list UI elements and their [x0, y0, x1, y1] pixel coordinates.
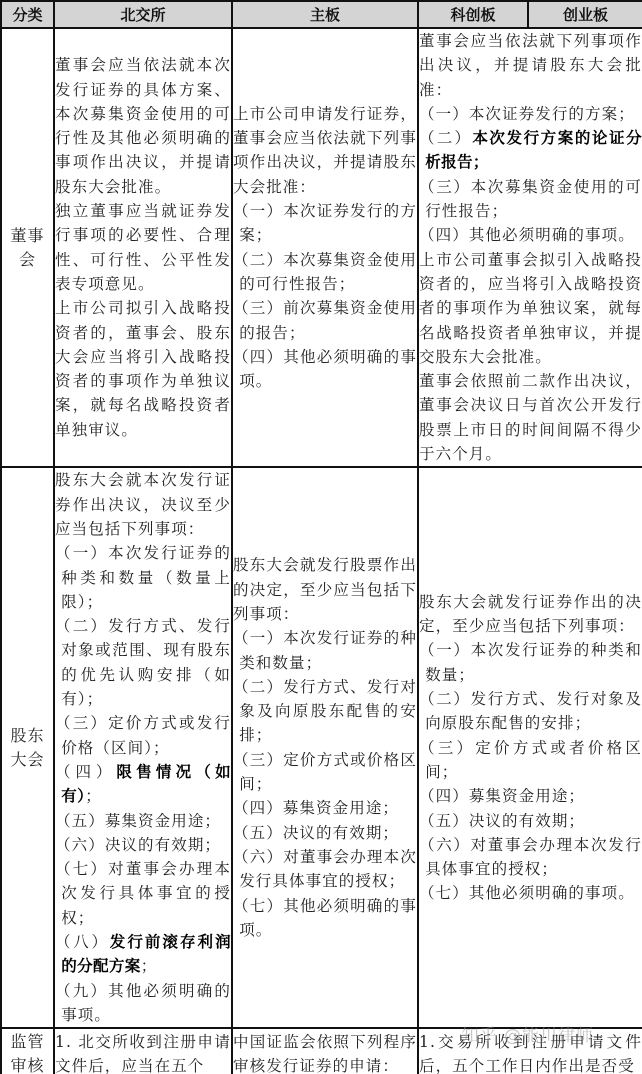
- list-item: （六）对董事会办理本次发行具体事宜的授权；: [419, 833, 642, 882]
- table-row-board: 董事会 董事会应当依法就本次发行证券的具体方案、本次募集资金使用的可行性及其他必…: [1, 28, 642, 467]
- text: 上市公司董事会拟引入战略投资者的，应当将引入战略投资者的事项作为单独议案，就每名…: [419, 251, 642, 366]
- header-zhuban: 主板: [232, 1, 418, 28]
- cell-zhuban: 股东大会就发行股票作出的决定，至少应当包括下列事项： （一）本次发行证券的种类和…: [232, 467, 418, 1028]
- paragraph: 独立董事应当就证券发行事项的必要性、合理性、可行性、公平性发表专项意见。: [55, 199, 231, 296]
- header-chuangyeban: 创业板: [528, 1, 642, 28]
- text: ；: [141, 957, 158, 975]
- list-item: （一）本次证券发行的方案；: [419, 102, 642, 126]
- text: 股东大会就本次发行证券作出决议，决议至少应当包括下列事项：: [55, 471, 231, 538]
- item-number: （六）: [55, 836, 105, 854]
- text: 董事会应当依法就下列事项作出决议，并提请股东大会批准：: [419, 32, 642, 99]
- item-number: （四）: [419, 787, 469, 805]
- item-number: （一）: [55, 544, 108, 562]
- item-number: （八）: [55, 933, 110, 951]
- list-item: （九）其他必须明确的事项。: [55, 979, 231, 1028]
- item-number: （二）: [419, 690, 471, 708]
- table-row-regulatory-review: 监管审核 1. 北交所收到注册申请文件后，应当在五个 中国证监会依照下列程序审核…: [1, 1028, 642, 1074]
- list-item: （四）募集资金用途；: [419, 784, 642, 808]
- category-cell: 监管审核: [1, 1028, 54, 1074]
- list-item: （一）本次发行证券的种类和数量（数量上限）；: [55, 541, 231, 614]
- header-beijiaosuo: 北交所: [54, 1, 232, 28]
- category-cell: 董事会: [1, 28, 54, 467]
- text: 募集资金用途；: [469, 787, 585, 805]
- paragraph: 上市公司拟引入战略投资者的，董事会、股东大会应当将引入战略投资者的事项作为单独议…: [55, 296, 231, 442]
- list-item: （三）定价方式或价格区间；: [233, 748, 417, 797]
- paragraph: 中国证监会依照下列程序审核发行证券的申请：: [233, 1029, 417, 1074]
- item-number: （四）: [55, 763, 116, 781]
- item-number: （七）: [419, 884, 469, 902]
- text: 募集资金用途；: [283, 799, 399, 817]
- item-number: （七）: [233, 897, 283, 915]
- item-number: （二）: [55, 617, 108, 635]
- list-item: （四）募集资金用途；: [233, 796, 417, 820]
- item-number: （四）: [419, 226, 469, 244]
- category-label: 监管审核: [2, 1029, 53, 1074]
- text: 募集资金用途；: [105, 812, 221, 830]
- item-number: （三）: [419, 739, 475, 757]
- comparison-table: 分类 北交所 主板 科创板 创业板 董事会 董事会应当依法就本次发行证券的具体方…: [0, 0, 642, 1074]
- paragraph: 董事会依照前二款作出决议，董事会决议日与首次公开发行股票上市日的时间间隔不得少于…: [419, 369, 642, 466]
- item-number: （六）: [419, 836, 471, 854]
- text: 其他必须明确的事项。: [469, 884, 635, 902]
- item-number: （三）: [55, 714, 108, 732]
- item-number: （九）: [55, 982, 108, 1000]
- item-number: （二）: [233, 251, 283, 269]
- item-number: （五）: [55, 812, 105, 830]
- text: 决议的有效期；: [105, 836, 221, 854]
- list-item: （二）本次发行方案的论证分析报告；: [419, 126, 642, 175]
- paragraph: 股东大会就发行股票作出的决定，至少应当包括下列事项：: [233, 553, 417, 626]
- paragraph: 董事会应当依法就本次发行证券的具体方案、本次募集资金使用的可行性及其他必须明确的…: [55, 53, 231, 199]
- list-item: （六）决议的有效期；: [55, 833, 231, 857]
- item-number: （二）: [233, 678, 283, 696]
- list-item: （一）本次证券发行的方案；: [233, 199, 417, 248]
- cell-kechuang-chuangye: 股东大会就发行证券作出的决定，至少应当包括下列事项： （一）本次发行证券的种类和…: [418, 467, 642, 1028]
- paragraph: 董事会应当依法就下列事项作出决议，并提请股东大会批准：: [419, 29, 642, 102]
- list-item: （六）对董事会办理本次发行具体事宜的授权；: [233, 845, 417, 894]
- item-number: （一）: [233, 629, 283, 647]
- item-number: （一）: [419, 641, 471, 659]
- cell-beijiaosuo: 1. 北交所收到注册申请文件后，应当在五个: [54, 1028, 232, 1074]
- cell-kechuang-chuangye: 董事会应当依法就下列事项作出决议，并提请股东大会批准： （一）本次证券发行的方案…: [418, 28, 642, 467]
- cell-beijiaosuo: 董事会应当依法就本次发行证券的具体方案、本次募集资金使用的可行性及其他必须明确的…: [54, 28, 232, 467]
- list-item: （二）发行方式、发行对象或范围、现有股东的优先认购安排（如有）；: [55, 614, 231, 711]
- list-item: （七）其他必须明确的事项。: [233, 894, 417, 943]
- list-item: （四）其他必须明确的事项。: [233, 345, 417, 394]
- cell-beijiaosuo: 股东大会就本次发行证券作出决议，决议至少应当包括下列事项： （一）本次发行证券的…: [54, 467, 232, 1028]
- category-cell: 股东大会: [1, 467, 54, 1028]
- list-item: （二）本次募集资金使用的可行性报告；: [233, 248, 417, 297]
- list-item: （二）发行方式、发行对象及向原股东配售的安排；: [419, 687, 642, 736]
- item-number: （一）: [419, 105, 469, 123]
- paragraph: 1. 北交所收到注册申请文件后，应当在五个: [55, 1029, 231, 1074]
- list-item: （七）对董事会办理本次发行具体事宜的授权；: [55, 857, 231, 930]
- item-number: （五）: [233, 824, 283, 842]
- header-row: 分类 北交所 主板 科创板 创业板: [1, 1, 642, 28]
- text: 上市公司申请发行证券，董事会应当依法就下列事项作出决议，并提请股东大会批准：: [233, 105, 417, 196]
- paragraph: 股东大会就发行证券作出的决定，至少应当包括下列事项：: [419, 590, 642, 639]
- list-item: （七）其他必须明确的事项。: [419, 881, 642, 905]
- item-number: （五）: [419, 812, 469, 830]
- text: 决议的有效期；: [283, 824, 399, 842]
- cell-kechuang-chuangye: 1.交易所收到注册申请文件后，五个工作日内作出是否受: [418, 1028, 642, 1074]
- list-item: （五）决议的有效期；: [233, 821, 417, 845]
- text: ；: [85, 787, 102, 805]
- list-item: （四）限售情况（如有）；: [55, 760, 231, 809]
- header-kechuangban: 科创板: [418, 1, 528, 28]
- list-item: （三）定价方式或者价格区间；: [419, 736, 642, 785]
- cell-zhuban: 中国证监会依照下列程序审核发行证券的申请：: [232, 1028, 418, 1074]
- list-item: （三）定价方式或发行价格（区间）；: [55, 711, 231, 760]
- item-number: （二）: [419, 129, 472, 147]
- paragraph: 上市公司董事会拟引入战略投资者的，应当将引入战略投资者的事项作为单独议案，就每名…: [419, 248, 642, 369]
- item-number: （四）: [233, 348, 283, 366]
- list-item: （一）本次发行证券的种类和数量；: [419, 638, 642, 687]
- paragraph: 1.交易所收到注册申请文件后，五个工作日内作出是否受: [419, 1029, 642, 1074]
- paragraph: 股东大会就本次发行证券作出决议，决议至少应当包括下列事项：: [55, 468, 231, 541]
- item-number: （三）: [233, 299, 283, 317]
- list-item: （四）其他必须明确的事项。: [419, 223, 642, 247]
- item-number: （六）: [233, 848, 283, 866]
- item-number: （一）: [233, 202, 283, 220]
- text: 决议的有效期；: [469, 812, 585, 830]
- category-label: 股东大会: [2, 724, 53, 772]
- item-number: （三）: [233, 751, 283, 769]
- text: 本次证券发行的方案；: [469, 105, 635, 123]
- item-number: （七）: [55, 860, 108, 878]
- list-item: （一）本次发行证券的种类和数量；: [233, 626, 417, 675]
- item-number: （三）: [419, 178, 471, 196]
- header-category: 分类: [1, 1, 54, 28]
- category-label: 董事会: [2, 224, 53, 272]
- cell-zhuban: 上市公司申请发行证券，董事会应当依法就下列事项作出决议，并提请股东大会批准： （…: [232, 28, 418, 467]
- text: 其他必须明确的事项。: [469, 226, 635, 244]
- table-row-shareholders-meeting: 股东大会 股东大会就本次发行证券作出决议，决议至少应当包括下列事项： （一）本次…: [1, 467, 642, 1028]
- paragraph: 上市公司申请发行证券，董事会应当依法就下列事项作出决议，并提请股东大会批准：: [233, 102, 417, 199]
- list-item: （八）发行前滚存利润的分配方案；: [55, 930, 231, 979]
- text: 董事会依照前二款作出决议，董事会决议日与首次公开发行股票上市日的时间间隔不得少于…: [419, 372, 642, 463]
- list-item: （五）决议的有效期；: [419, 809, 642, 833]
- list-item: （五）募集资金用途；: [55, 809, 231, 833]
- text: 股东大会就发行证券作出的决定，至少应当包括下列事项：: [419, 593, 642, 635]
- list-item: （三）本次募集资金使用的可行性报告；: [419, 175, 642, 224]
- list-item: （三）前次募集资金使用的报告；: [233, 296, 417, 345]
- text: 股东大会就发行股票作出的决定，至少应当包括下列事项：: [233, 556, 417, 623]
- item-number: （四）: [233, 799, 283, 817]
- list-item: （二）发行方式、发行对象及向原股东配售的安排；: [233, 675, 417, 748]
